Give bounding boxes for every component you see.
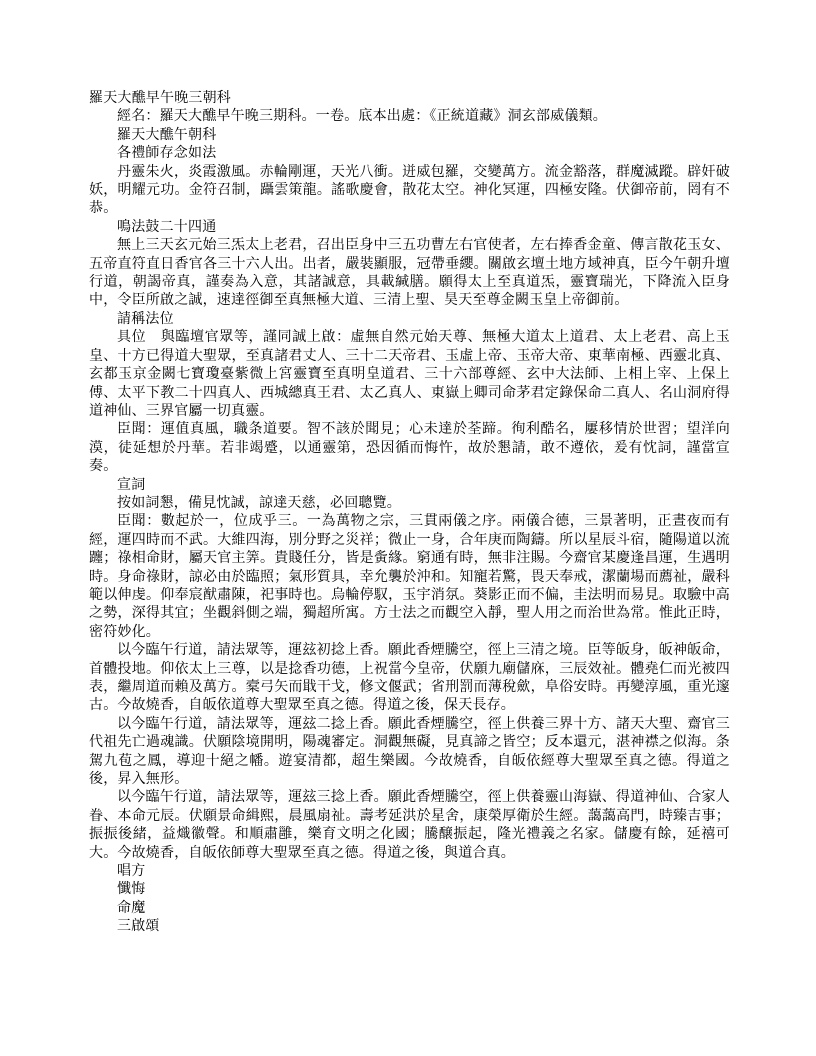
paragraph: 請稱法位: [89, 311, 730, 329]
paragraph: 以今臨午行道，請法眾等，運玆二捻上香。願此香煙騰空，徑上供養三界十方、諸天大聖、…: [89, 716, 730, 790]
paragraph: 懺悔: [89, 881, 730, 899]
paragraph: 以今臨午行道，請法眾等，運玆三捻上香。願此香煙騰空，徑上供養靈山海嶽、得道神仙、…: [89, 789, 730, 863]
text-block: 羅天大醮早午晚三朝科經名：羅天大醮早午晚三期科。一卷。底本出處：《正統道藏》洞玄…: [89, 90, 730, 937]
paragraph: 丹靈朱火，炎霞激風。赤輪剛運，天光八衝。迸威包羅，交變萬方。流金豁落，群魔滅蹤。…: [89, 164, 730, 219]
paragraph: 唱方: [89, 863, 730, 881]
paragraph: 經名：羅天大醮早午晚三期科。一卷。底本出處：《正統道藏》洞玄部威儀類。: [89, 108, 730, 126]
paragraph: 具位 與臨壇官眾等，謹同誠上啟：虛無自然元始天尊、無極大道太上道君、太上老君、高…: [89, 329, 730, 421]
paragraph: 以今臨午行道，請法眾等，運玆初捻上香。願此香煙騰空，徑上三清之境。臣等皈身，皈神…: [89, 642, 730, 716]
document-title: 羅天大醮早午晚三朝科: [89, 90, 730, 108]
document-page: 羅天大醮早午晚三朝科經名：羅天大醮早午晚三期科。一卷。底本出處：《正統道藏》洞玄…: [0, 0, 816, 1056]
paragraph: 宣詞: [89, 477, 730, 495]
paragraph: 按如詞懇，備見忱誠，諒達天慈，必回聰覽。: [89, 495, 730, 513]
paragraph: 三啟頌: [89, 918, 730, 936]
paragraph: 各禮師存念如法: [89, 145, 730, 163]
paragraph: 無上三天玄元始三炁太上老君，召出臣身中三五功曹左右官使者，左右捧香金童、傳言散花…: [89, 237, 730, 311]
paragraph: 臣聞：運值真風，職条道要。智不該於聞見；心未達於荃蹄。徇利酷名，屢移情於世習；望…: [89, 421, 730, 476]
paragraph: 臣聞：數起於一，位成乎三。一為萬物之宗，三貫兩儀之序。兩儀合德，三景著明，正晝夜…: [89, 513, 730, 642]
paragraph: 羅天大醮午朝科: [89, 127, 730, 145]
paragraph: 命魔: [89, 900, 730, 918]
paragraph: 鳴法鼓二十四通: [89, 219, 730, 237]
